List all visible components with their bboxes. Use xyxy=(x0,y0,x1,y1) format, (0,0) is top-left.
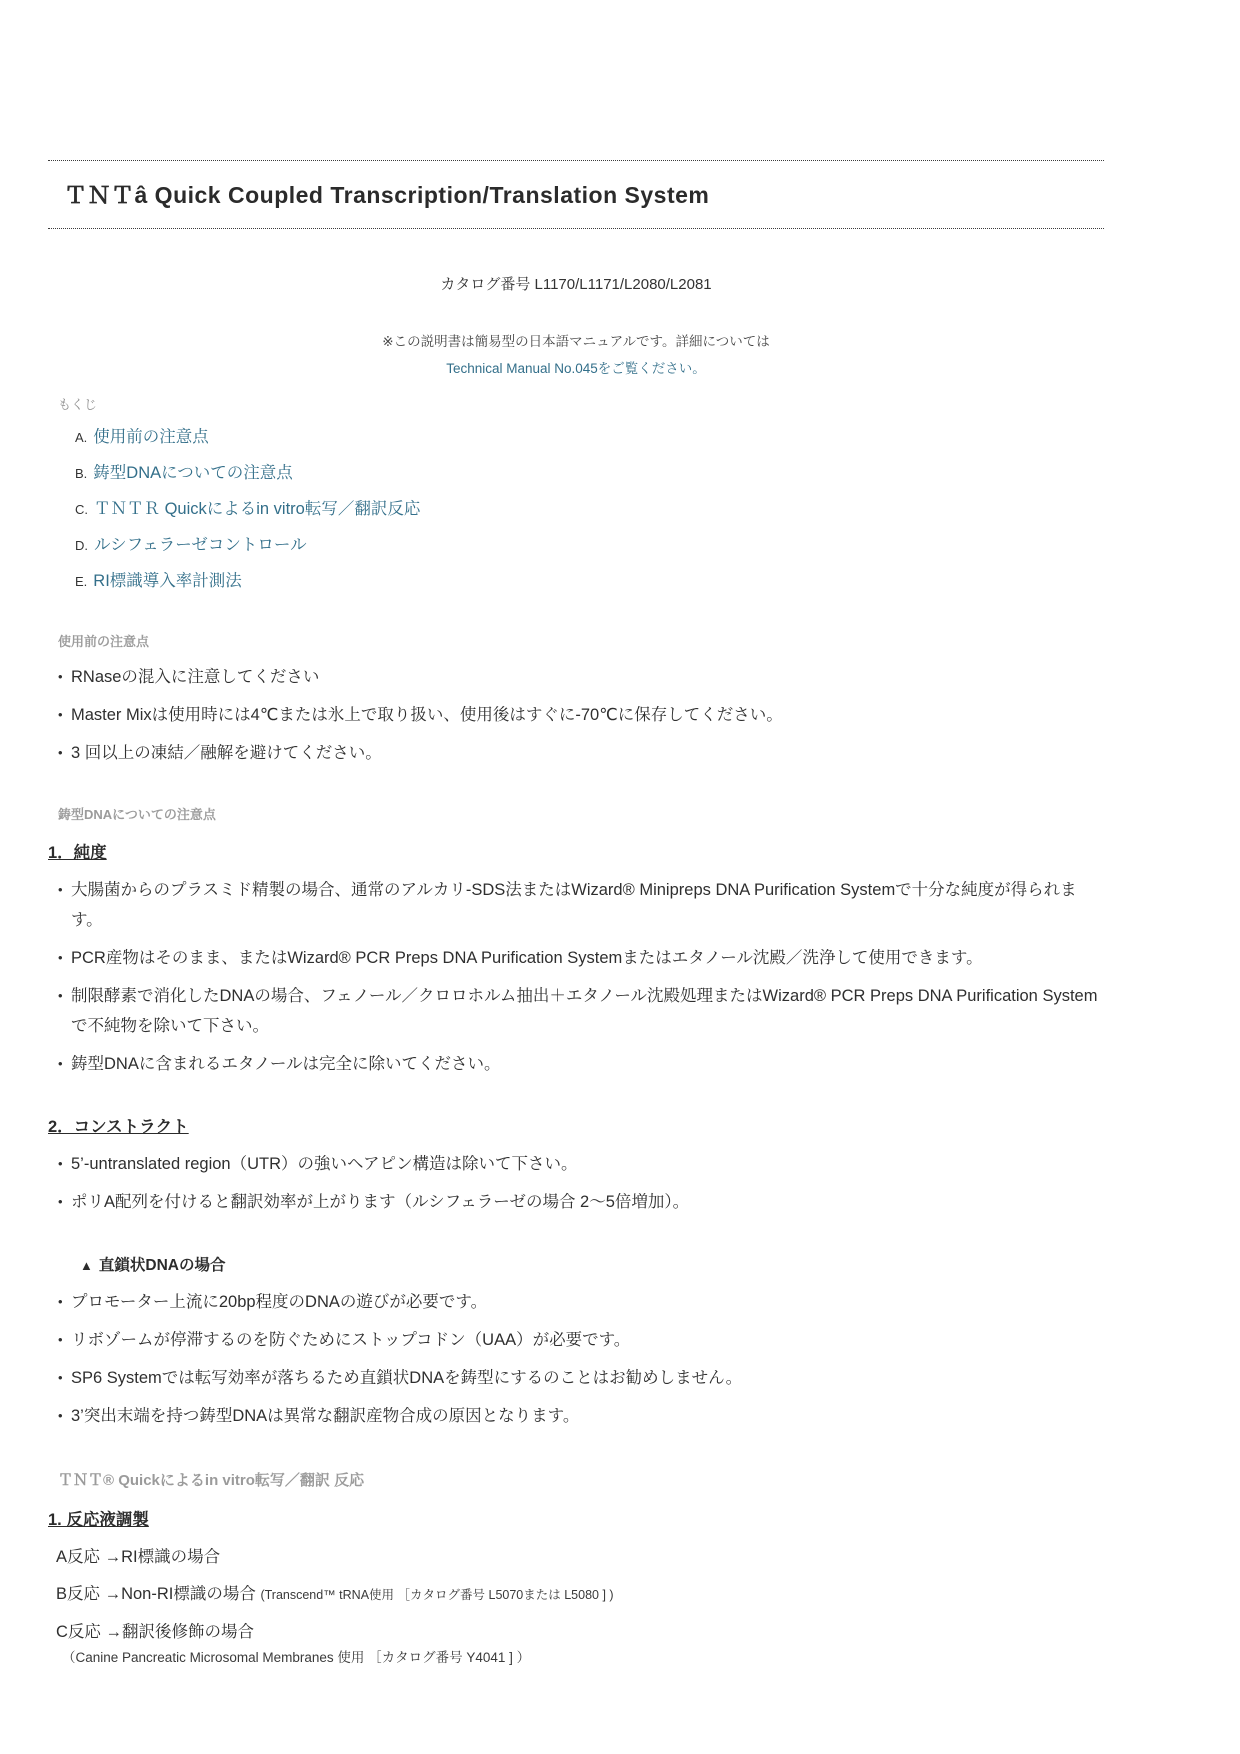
doc-title: ＴＮＴâ Quick Coupled Transcription/Transla… xyxy=(64,177,1104,210)
bullet-item: ポリA配列を付けると翻訳効率が上がります（ルシフェラーゼの場合 2～5倍増加）。 xyxy=(58,1187,1104,1217)
toc-link-ri-labeling[interactable]: RI標識導入率計測法 xyxy=(93,572,242,590)
reaction-line-b: B反応 →Non-RI標識の場合 (Transcend™ tRNA使用 ［カタロ… xyxy=(56,1582,1104,1607)
toc-heading: もくじ xyxy=(58,394,1104,413)
toc-link-luciferase-control[interactable]: ルシフェラーゼコントロール xyxy=(94,536,307,554)
title-block: ＴＮＴâ Quick Coupled Transcription/Transla… xyxy=(48,160,1104,229)
toc-link-template-dna[interactable]: 鋳型DNAについての注意点 xyxy=(93,464,293,482)
linear-dna-list: プロモーター上流に20bp程度のDNAの遊びが必要です。 リボゾームが停滞するの… xyxy=(58,1287,1104,1431)
bullet-item: 制限酵素で消化したDNAの場合、フェノール／クロロホルム抽出＋エタノール沈殿処理… xyxy=(58,981,1104,1041)
bullet-item: RNaseの混入に注意してください xyxy=(58,662,1104,692)
toc-link-precautions[interactable]: 使用前の注意点 xyxy=(93,428,209,446)
manual-link-suffix: をご覧ください。 xyxy=(598,361,706,376)
reaction-line-c-detail: （Canine Pancreatic Microsomal Membranes … xyxy=(62,1647,1104,1669)
reaction-line-b-main: B反応 →Non-RI標識の場合 xyxy=(56,1585,256,1603)
triangle-marker-icon: ▲ xyxy=(80,1258,93,1273)
bullet-item: 5’-untranslated region（UTR）の強いヘアピン構造は除いて… xyxy=(58,1149,1104,1179)
reaction-line-c: C反応 →翻訳後修飾の場合 xyxy=(56,1620,1104,1644)
note-line: ※この説明書は簡易型の日本語マニュアルです。詳細については xyxy=(48,330,1104,350)
bullet-item: PCR産物はそのまま、またはWizard® PCR Preps DNA Puri… xyxy=(58,943,1104,973)
bullet-item: 鋳型DNAに含まれるエタノールは完全に除いてください。 xyxy=(58,1049,1104,1079)
document-page: ＴＮＴâ Quick Coupled Transcription/Transla… xyxy=(48,0,1104,1669)
purity-list: 大腸菌からのプラスミド精製の場合、通常のアルカリ-SDS法またはWizard® … xyxy=(58,875,1104,1079)
construct-list: 5’-untranslated region（UTR）の強いヘアピン構造は除いて… xyxy=(58,1149,1104,1217)
linear-dna-heading-label: 直鎖状DNAの場合 xyxy=(99,1257,226,1274)
subsection-purity-title: 1．純度 xyxy=(48,839,1104,863)
toc-list: A.使用前の注意点 B.鋳型DNAについての注意点 C.ＴＮＴＲ Quickによ… xyxy=(75,426,1104,593)
toc-letter: B. xyxy=(75,466,87,481)
bullet-item: リボゾームが停滞するのを防ぐためにストップコドン（UAA）が必要です。 xyxy=(58,1325,1104,1355)
bullet-item: 大腸菌からのプラスミド精製の場合、通常のアルカリ-SDS法またはWizard® … xyxy=(58,875,1104,935)
toc-letter: A. xyxy=(75,430,87,445)
toc-item: E.RI標識導入率計測法 xyxy=(75,570,1104,593)
note-link-line: Technical Manual No.045をご覧ください。 xyxy=(48,357,1104,377)
catalog-number: カタログ番号 L1170/L1171/L2080/L2081 xyxy=(48,273,1104,294)
reaction-line-b-detail: (Transcend™ tRNA使用 ［カタログ番号 L5070または L508… xyxy=(260,1588,613,1602)
subsection-prep-title: 1. 反応液調製 xyxy=(48,1506,1104,1530)
section-heading-template-dna: 鋳型DNAについての注意点 xyxy=(58,804,1104,823)
toc-item: B.鋳型DNAについての注意点 xyxy=(75,462,1104,485)
toc-letter: C. xyxy=(75,502,88,517)
bullet-item: Master Mixは使用時には4℃または氷上で取り扱い、使用後はすぐに-70℃… xyxy=(58,700,1104,730)
toc-letter: E. xyxy=(75,574,87,589)
toc-item: C.ＴＮＴＲ Quickによるin vitro転写／翻訳反応 xyxy=(75,498,1104,521)
section-heading-precautions: 使用前の注意点 xyxy=(58,631,1104,650)
bullet-item: 3’突出末端を持つ鋳型DNAは異常な翻訳産物合成の原因となります。 xyxy=(58,1401,1104,1431)
toc-item: D.ルシフェラーゼコントロール xyxy=(75,534,1104,557)
toc-link-reaction[interactable]: ＴＮＴＲ Quickによるin vitro転写／翻訳反応 xyxy=(94,500,420,518)
section-heading-reaction: ＴＮＴ® Quickによるin vitro転写／翻訳 反応 xyxy=(58,1469,1104,1490)
linear-dna-heading: ▲直鎖状DNAの場合 xyxy=(80,1253,1104,1275)
bullet-item: SP6 Systemでは転写効率が落ちるため直鎖状DNAを鋳型にするのことはお勧… xyxy=(58,1363,1104,1393)
toc-letter: D. xyxy=(75,538,88,553)
bullet-item: 3 回以上の凍結／融解を避けてください。 xyxy=(58,738,1104,768)
technical-manual-link[interactable]: Technical Manual No.045 xyxy=(446,361,598,376)
toc-item: A.使用前の注意点 xyxy=(75,426,1104,449)
subsection-construct-title: 2．コンストラクト xyxy=(48,1113,1104,1137)
bullet-item: プロモーター上流に20bp程度のDNAの遊びが必要です。 xyxy=(58,1287,1104,1317)
precautions-list: RNaseの混入に注意してください Master Mixは使用時には4℃または氷… xyxy=(58,662,1104,768)
reaction-line-a: A反応 →RI標識の場合 xyxy=(56,1545,1104,1569)
